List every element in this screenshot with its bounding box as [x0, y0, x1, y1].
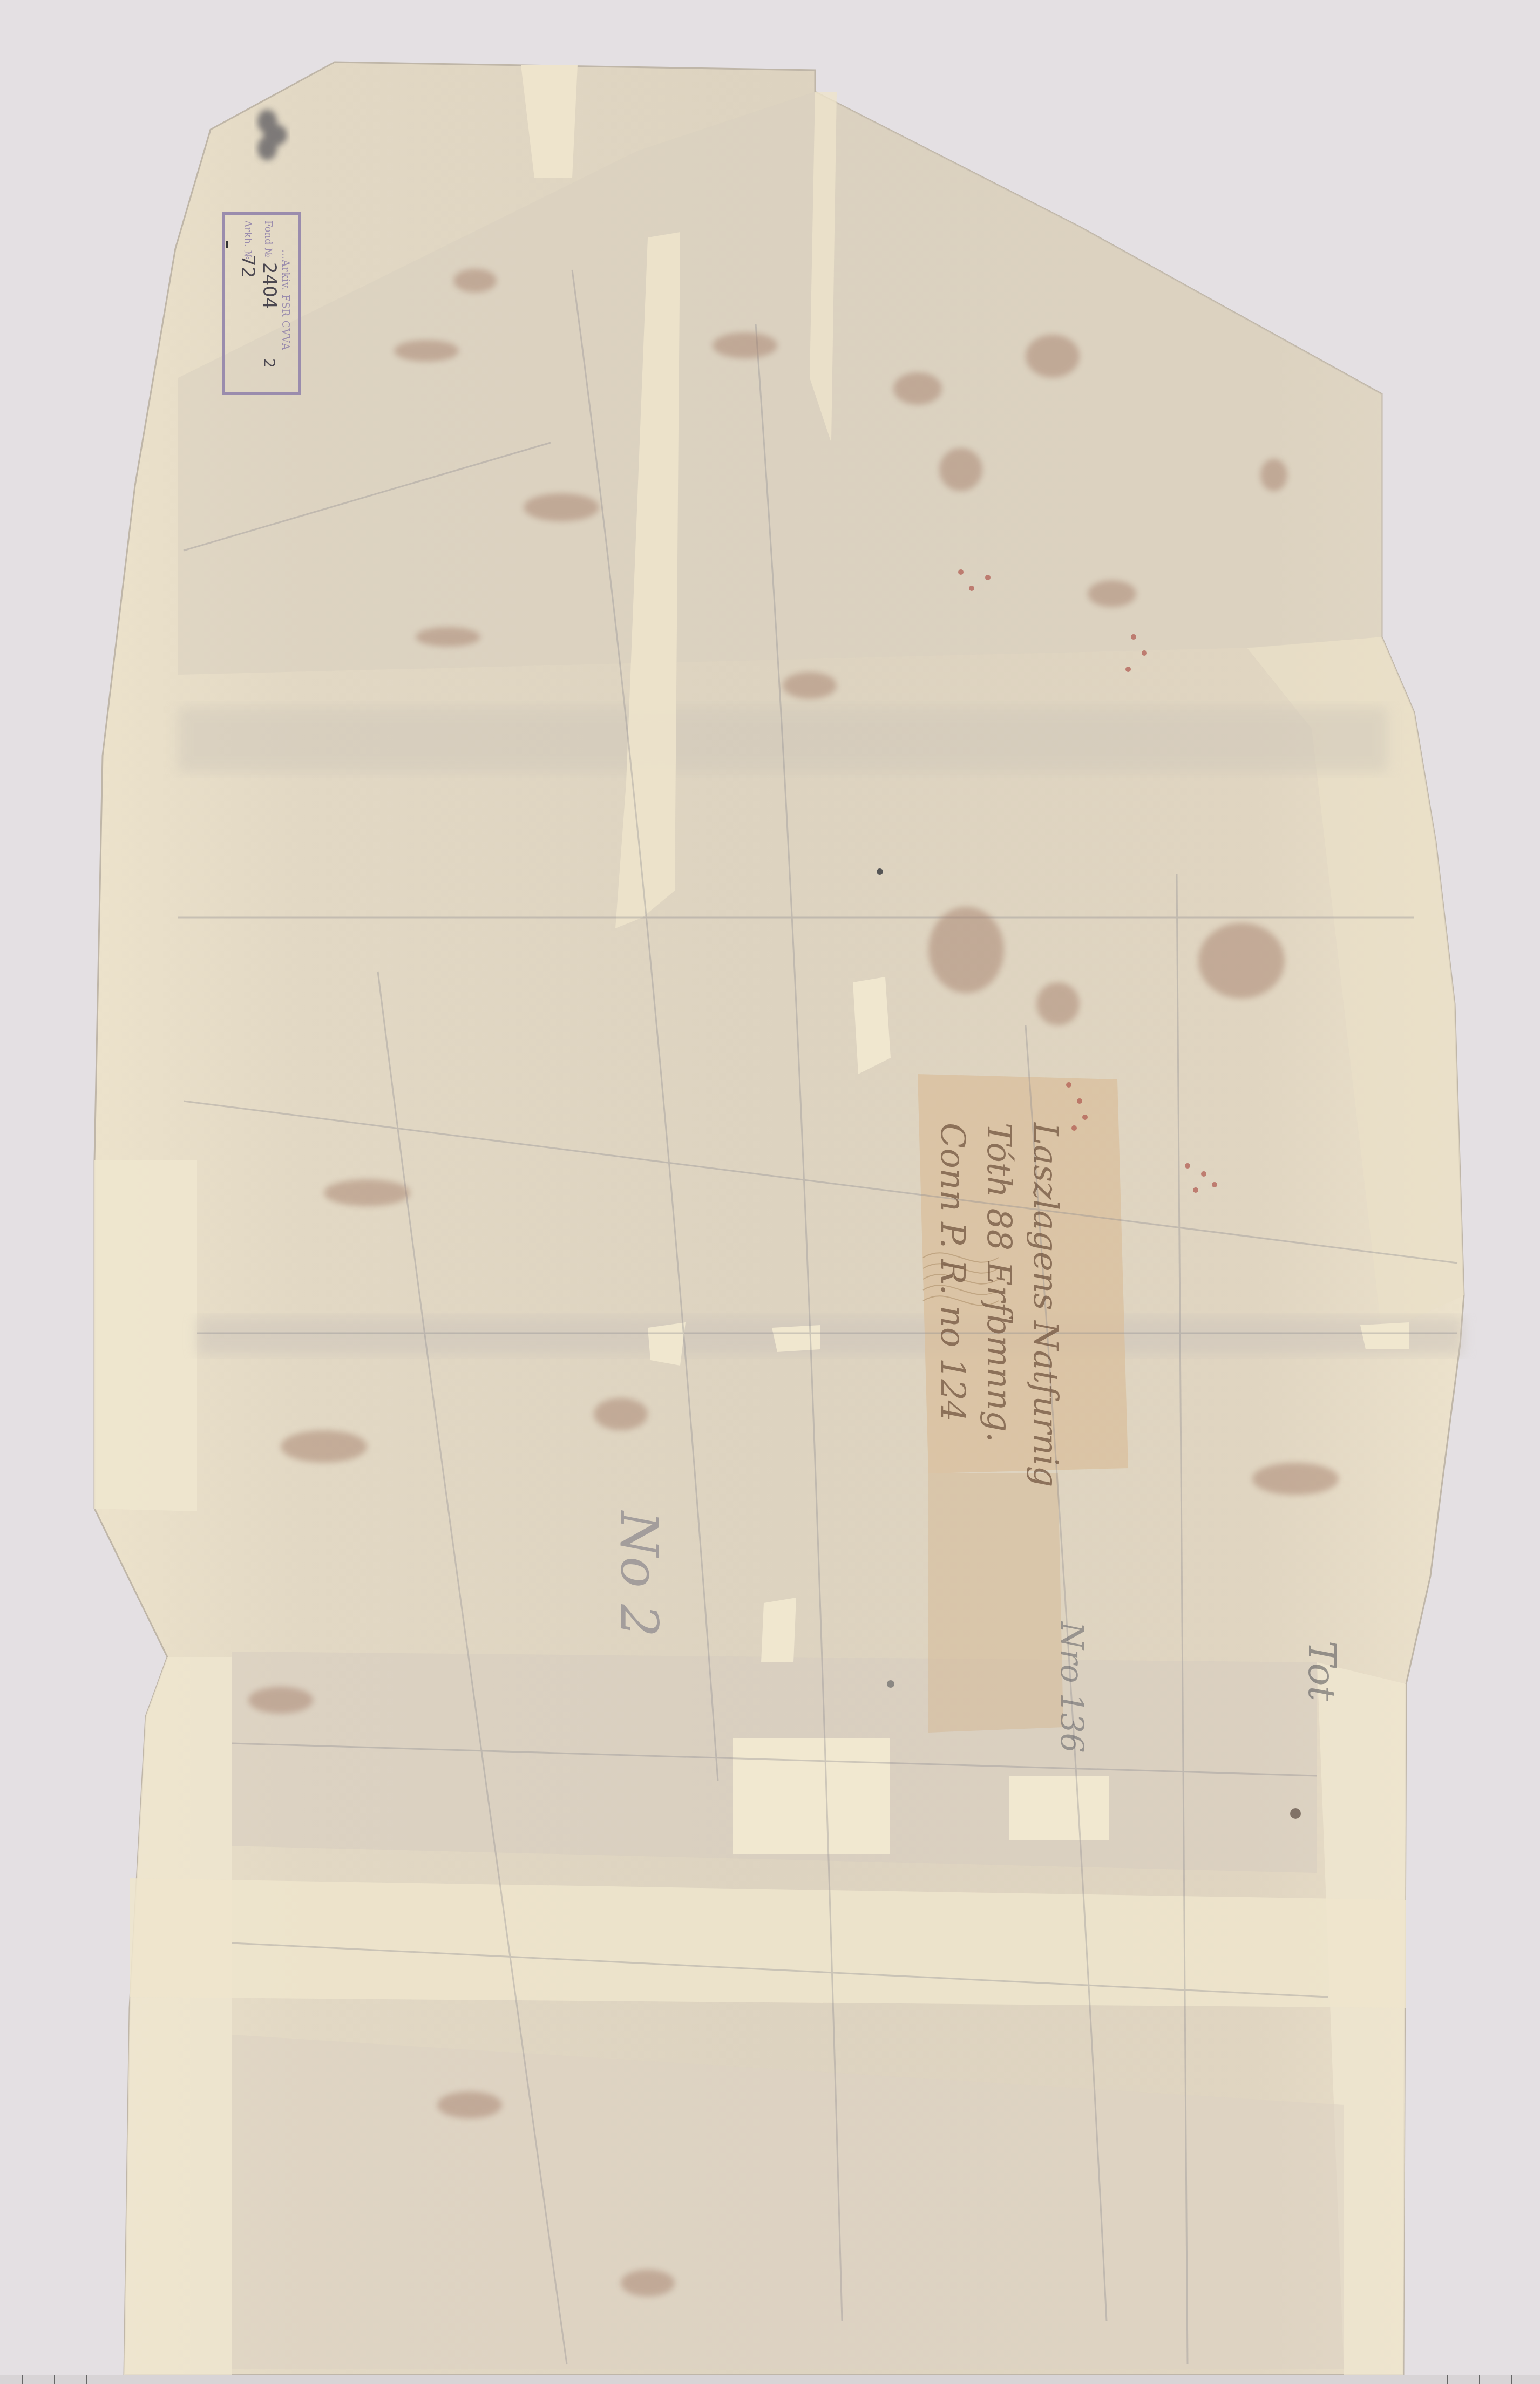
- stamp-header: …Arkiv. FSR CVVA: [280, 249, 291, 350]
- title-line-2: Tóth 88 Erfbmnng.: [976, 1123, 1022, 1487]
- inventory-number: Nro 136: [1054, 1622, 1090, 1753]
- corner-mark: Tot: [1300, 1641, 1344, 1701]
- title-line-3: Conn P. R. no 124: [930, 1123, 976, 1487]
- stamp-item-value: 72: [237, 255, 259, 278]
- pencil-number: No 2: [609, 1511, 669, 1637]
- archive-stamp: …Arkiv. FSR CVVA Fond № 2404 2 Arkh. № 7…: [222, 212, 301, 395]
- title-inscription: Laszlagens Natfurnig Tóth 88 Erfbmnng. C…: [930, 1123, 1069, 1487]
- title-line-1: Laszlagens Natfurnig: [1022, 1123, 1069, 1487]
- pencil-tick-mark: [226, 241, 228, 248]
- scan-ruler: [0, 2375, 1540, 2384]
- stamp-opis-value: 2: [260, 358, 278, 368]
- stamp-fond-label: Fond №: [262, 220, 274, 257]
- stamp-item-label: Arkh. №: [242, 220, 253, 260]
- stamp-fond-value: 2404: [259, 262, 280, 309]
